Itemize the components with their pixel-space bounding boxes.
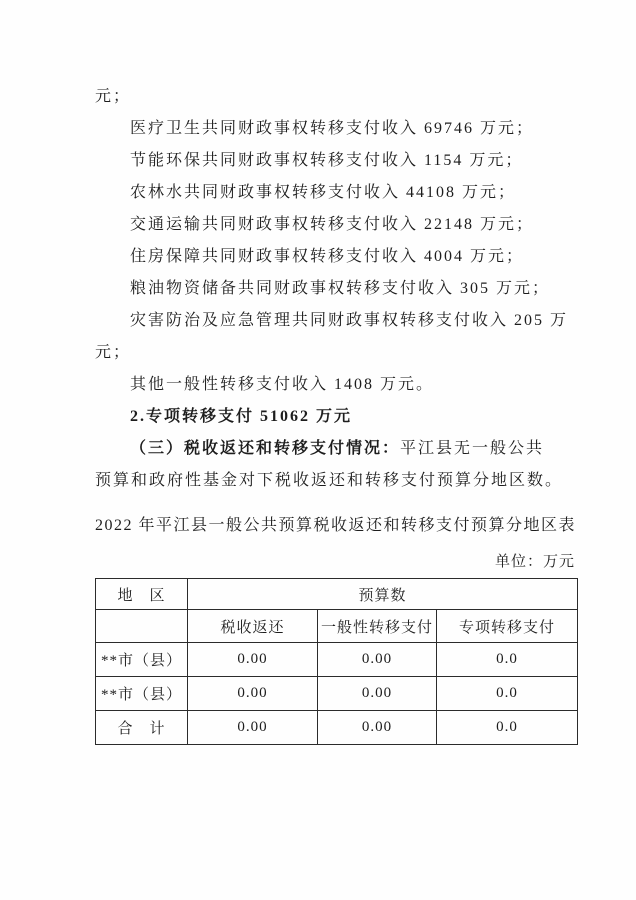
body-line: 元；: [95, 81, 579, 113]
table-row: **市（县） 0.00 0.00 0.0: [96, 677, 578, 711]
budget-table: 地 区 预算数 税收返还 一般性转移支付 专项转移支付 **市（县） 0.00 …: [95, 578, 578, 745]
section-heading-tail: 平江县无一般公共: [400, 440, 544, 457]
subheader-cell-empty: [96, 610, 188, 643]
document-content: 元； 医疗卫生共同财政事权转移支付收入 69746 万元； 节能环保共同财政事权…: [95, 81, 579, 745]
cell-tax-rebate: 0.00: [188, 711, 318, 745]
table-title: 2022 年平江县一般公共预算税收返还和转移支付预算分地区表: [95, 509, 579, 542]
cell-special-transfer: 0.0: [437, 677, 578, 711]
header-cell-region: 地 区: [96, 579, 188, 610]
table-unit-label: 单位：万元: [95, 550, 579, 574]
cell-region: **市（县）: [96, 643, 188, 677]
body-line: 交通运输共同财政事权转移支付收入 22148 万元；: [95, 209, 579, 241]
header-cell-budget-group: 预算数: [188, 579, 578, 610]
body-line: 元；: [95, 337, 579, 369]
subheader-cell-general-transfer: 一般性转移支付: [318, 610, 437, 643]
section-heading-label: （三）税收返还和转移支付情况：: [130, 440, 400, 457]
cell-special-transfer: 0.0: [437, 643, 578, 677]
table-subheader-row: 税收返还 一般性转移支付 专项转移支付: [96, 610, 578, 643]
body-line: 粮油物资储备共同财政事权转移支付收入 305 万元；: [95, 273, 579, 305]
body-line: 节能环保共同财政事权转移支付收入 1154 万元；: [95, 145, 579, 177]
body-line: 农林水共同财政事权转移支付收入 44108 万元；: [95, 177, 579, 209]
subheader-cell-tax-rebate: 税收返还: [188, 610, 318, 643]
body-line: 其他一般性转移支付收入 1408 万元。: [95, 369, 579, 401]
table-row: **市（县） 0.00 0.00 0.0: [96, 643, 578, 677]
cell-region-total: 合 计: [96, 711, 188, 745]
cell-general-transfer: 0.00: [318, 711, 437, 745]
cell-tax-rebate: 0.00: [188, 677, 318, 711]
cell-general-transfer: 0.00: [318, 677, 437, 711]
body-line: 预算和政府性基金对下税收返还和转移支付预算分地区数。: [95, 465, 579, 497]
section-heading-special-transfer: 2.专项转移支付 51062 万元: [95, 401, 579, 433]
subheader-cell-special-transfer: 专项转移支付: [437, 610, 578, 643]
cell-general-transfer: 0.00: [318, 643, 437, 677]
cell-tax-rebate: 0.00: [188, 643, 318, 677]
section-heading-tax-rebate: （三）税收返还和转移支付情况：平江县无一般公共: [95, 433, 579, 465]
document-page: 元； 医疗卫生共同财政事权转移支付收入 69746 万元； 节能环保共同财政事权…: [0, 0, 636, 900]
table-total-row: 合 计 0.00 0.00 0.0: [96, 711, 578, 745]
body-line: 医疗卫生共同财政事权转移支付收入 69746 万元；: [95, 113, 579, 145]
table-header-row: 地 区 预算数: [96, 579, 578, 610]
cell-region: **市（县）: [96, 677, 188, 711]
body-line: 灾害防治及应急管理共同财政事权转移支付收入 205 万: [95, 305, 579, 337]
cell-special-transfer: 0.0: [437, 711, 578, 745]
body-line: 住房保障共同财政事权转移支付收入 4004 万元；: [95, 241, 579, 273]
